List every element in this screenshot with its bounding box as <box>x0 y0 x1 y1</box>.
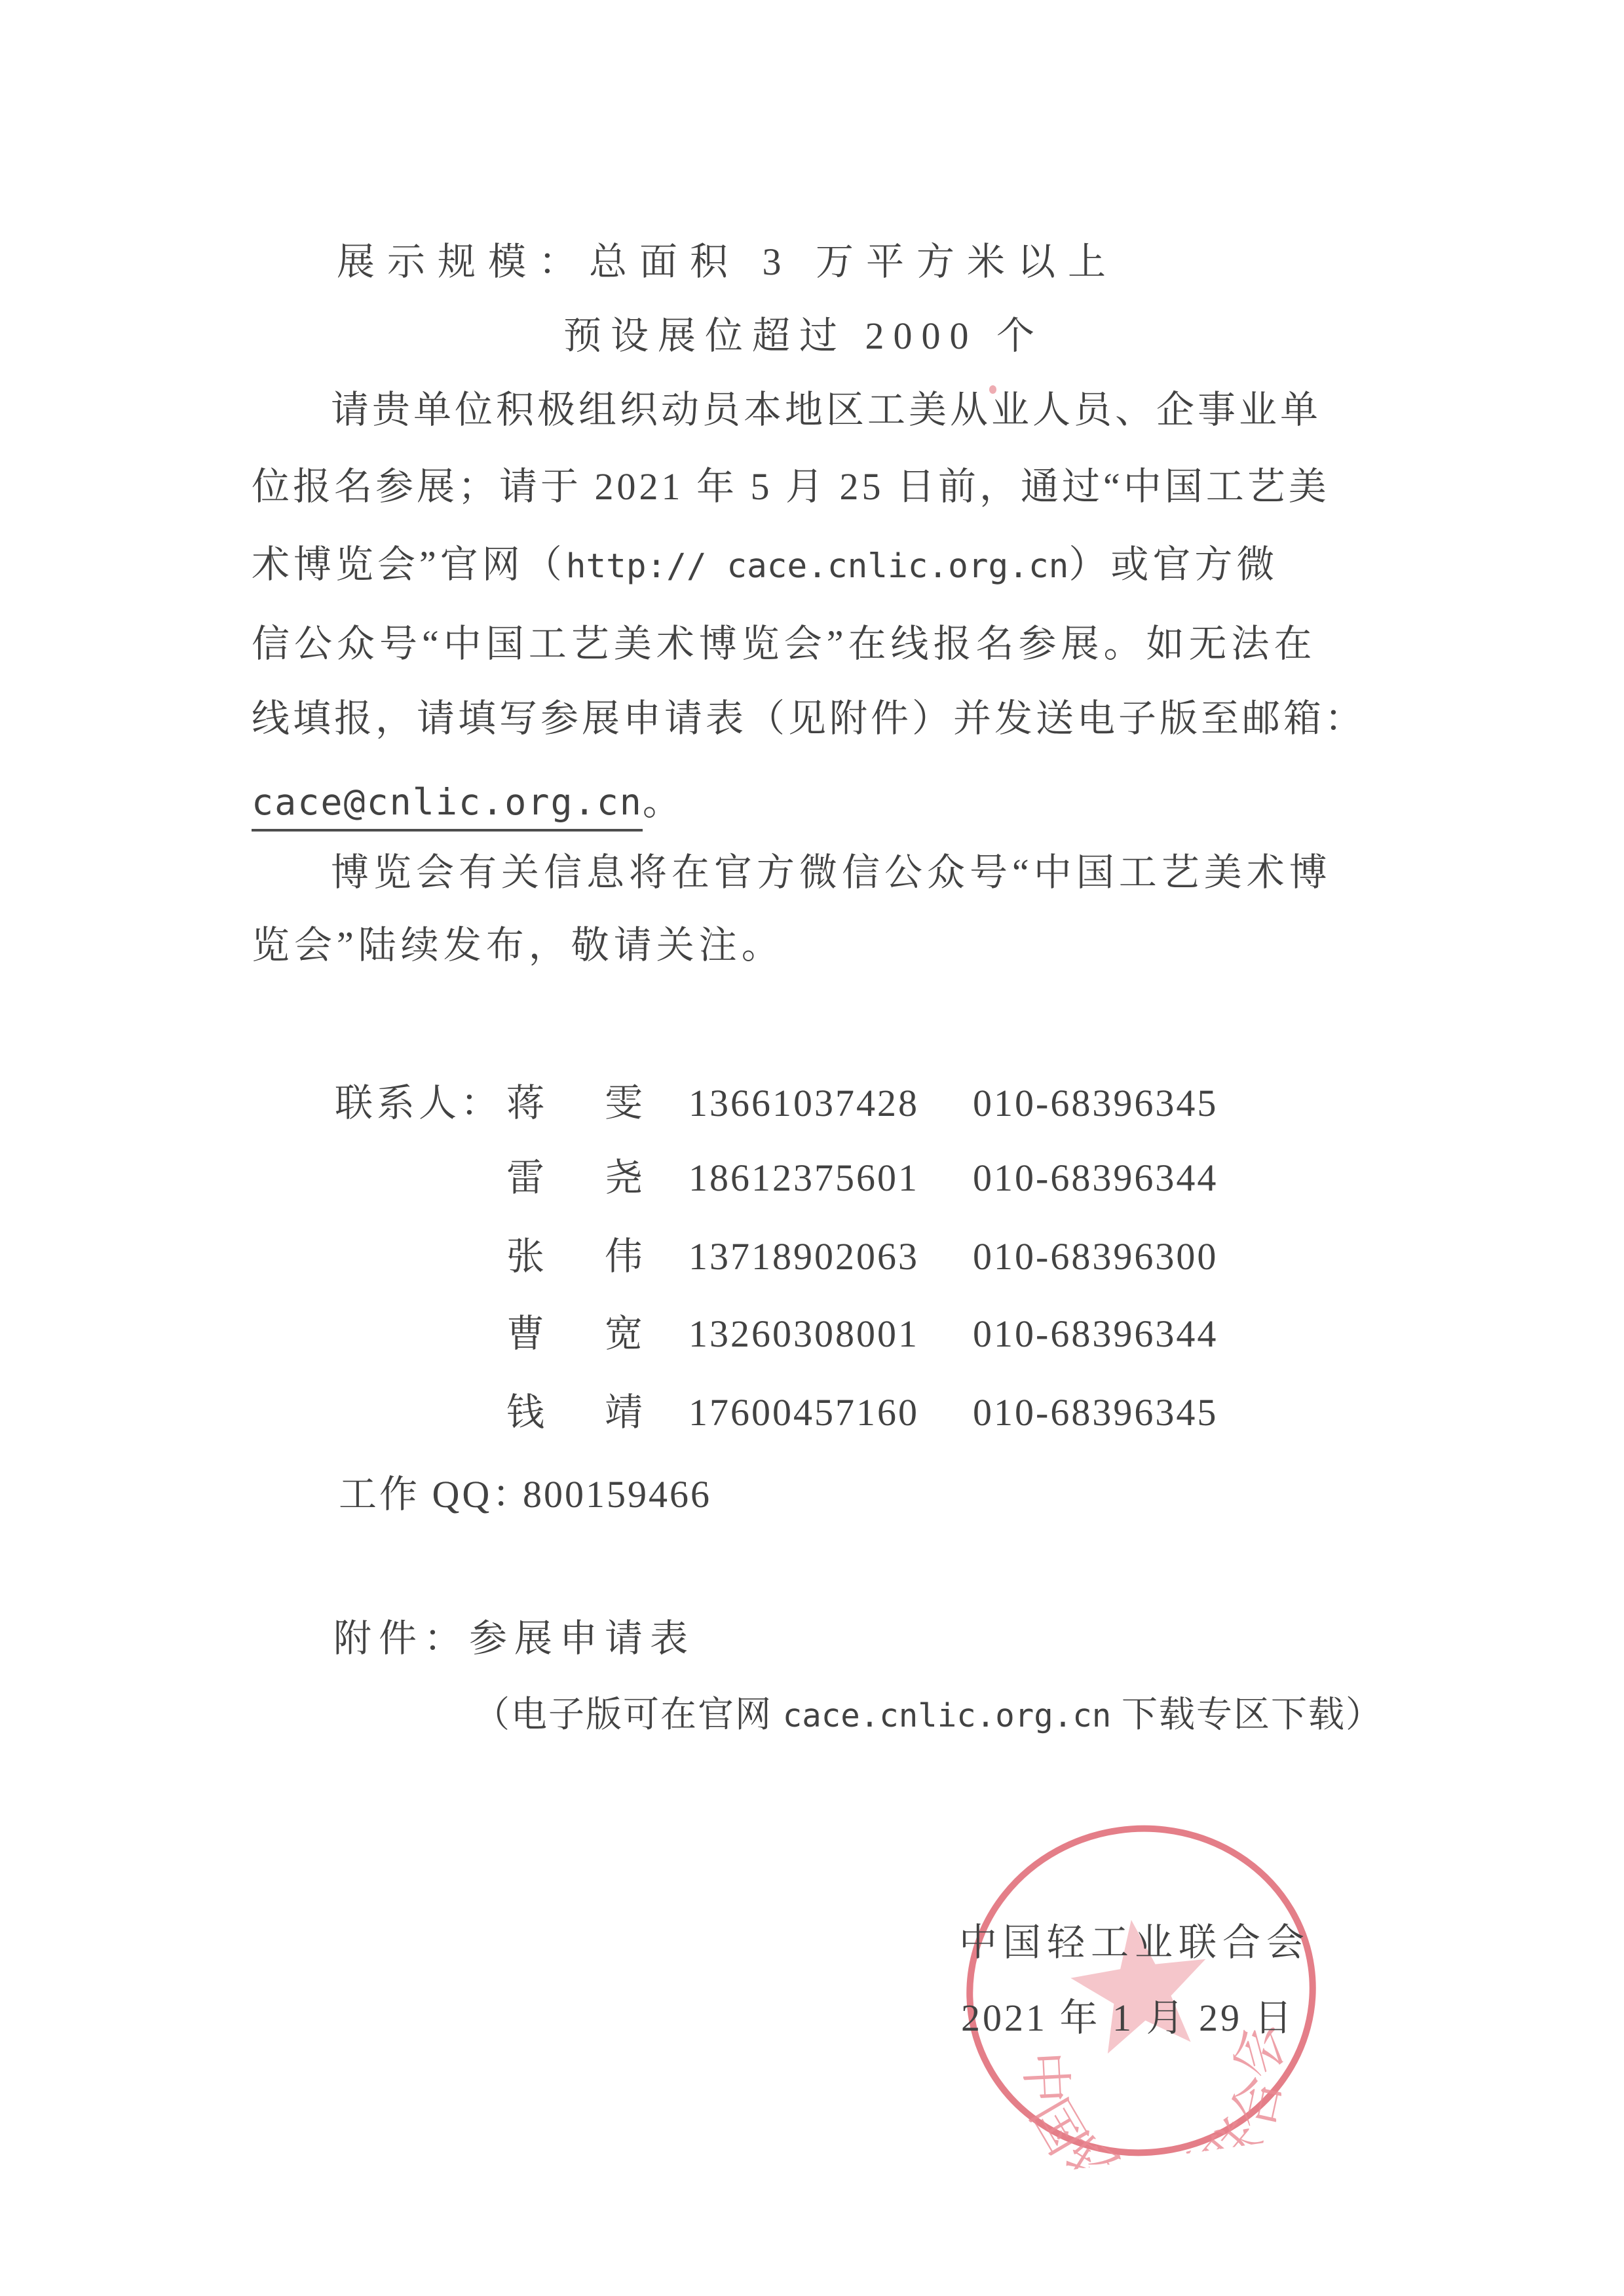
contact-row: 联系人： 蒋 雯 13661037428 010-68396345 <box>0 1077 1624 1130</box>
official-site-url: http:// cace.cnlic.org.cn <box>566 547 1069 586</box>
paragraph1-line1: 请贵单位积极组织动员本地区工美从业人员、企事业单 <box>331 384 1321 436</box>
contact-name-char2: 雯 <box>605 1077 643 1130</box>
contact-name-char2: 伟 <box>605 1231 643 1283</box>
official-red-seal: 中国轻工业联合会 <box>940 1799 1342 2181</box>
paragraph1-line4: 信公众号“中国工艺美术博览会”在线报名参展。如无法在 <box>252 618 1317 670</box>
paragraph1-line5: 线填报，请填写参展申请表（见附件）并发送电子版至邮箱： <box>252 693 1366 745</box>
paragraph1-line3-post: ）或官方微 <box>1068 543 1278 586</box>
contact-mobile: 13260308001 <box>689 1308 919 1360</box>
contact-row: 钱 靖 17600457160 010-68396345 <box>0 1387 1624 1439</box>
contact-name-char1: 蒋 <box>506 1077 544 1130</box>
qq-line: 工作 QQ： 800159466 <box>0 1468 1624 1521</box>
contacts-label: 联系人： <box>335 1077 502 1130</box>
scanned-letter-page: 展示规模：总面积 3 万平方米以上 预设展位超过 2000 个 请贵单位积极组织… <box>0 0 1624 2296</box>
attachment-note-post: 下载专区下载） <box>1111 1694 1383 1734</box>
contact-name-char1: 张 <box>506 1231 544 1283</box>
contact-row: 张 伟 13718902063 010-68396300 <box>0 1231 1624 1283</box>
contact-row: 曹 宽 13260308001 010-68396344 <box>0 1308 1624 1360</box>
email-period: 。 <box>643 780 681 823</box>
signature-date: 2021 年 1 月 29 日 <box>961 1992 1295 2044</box>
contact-telephone: 010-68396300 <box>973 1231 1218 1283</box>
contact-name-char2: 靖 <box>605 1387 643 1439</box>
paragraph2-line1: 博览会有关信息将在官方微信公众号“中国工艺美术博 <box>331 847 1332 899</box>
attachment-note-url: cace.cnlic.org.cn <box>783 1697 1112 1734</box>
contact-telephone: 010-68396344 <box>973 1308 1218 1360</box>
email-line: cace@cnlic.org.cn。 <box>252 776 681 828</box>
paragraph1-line2: 位报名参展；请于 2021 年 5 月 25 日前，通过“中国工艺美 <box>252 461 1330 513</box>
attachment-title: 附件：参展申请表 <box>333 1613 695 1665</box>
contact-row: 雷 尧 18612375601 010-68396344 <box>0 1152 1624 1204</box>
qq-number: 800159466 <box>523 1468 711 1521</box>
paragraph1-line3: 术博览会”官网（http:// cace.cnlic.org.cn）或官方微 <box>252 539 1278 591</box>
scale-line-1: 展示规模：总面积 3 万平方米以上 <box>337 236 1118 288</box>
attachment-note-pre: （电子版可在官网 <box>474 1694 783 1734</box>
signature-organization: 中国轻工业联合会 <box>959 1917 1310 1969</box>
contact-name-char1: 曹 <box>506 1308 544 1360</box>
contact-telephone: 010-68396345 <box>973 1387 1218 1439</box>
contact-mobile: 17600457160 <box>689 1387 919 1439</box>
contact-name-char1: 雷 <box>506 1152 544 1204</box>
qq-label: 工作 QQ： <box>339 1468 533 1521</box>
scale-line-2: 预设展位超过 2000 个 <box>563 310 1044 362</box>
ink-speck <box>989 385 996 394</box>
email-address: cace@cnlic.org.cn <box>252 781 643 832</box>
paragraph2-line2: 览会”陆续发布，敬请关注。 <box>252 919 784 972</box>
contact-mobile: 13718902063 <box>689 1231 919 1283</box>
contact-name-char1: 钱 <box>506 1387 544 1439</box>
contact-mobile: 18612375601 <box>689 1152 919 1204</box>
contact-mobile: 13661037428 <box>689 1077 919 1130</box>
contact-telephone: 010-68396344 <box>973 1152 1218 1204</box>
contact-name-char2: 尧 <box>605 1152 643 1204</box>
contact-telephone: 010-68396345 <box>973 1077 1218 1130</box>
contact-name-char2: 宽 <box>605 1308 643 1360</box>
attachment-note: （电子版可在官网 cace.cnlic.org.cn 下载专区下载） <box>474 1689 1383 1741</box>
paragraph1-line3-pre: 术博览会”官网（ <box>252 543 566 586</box>
